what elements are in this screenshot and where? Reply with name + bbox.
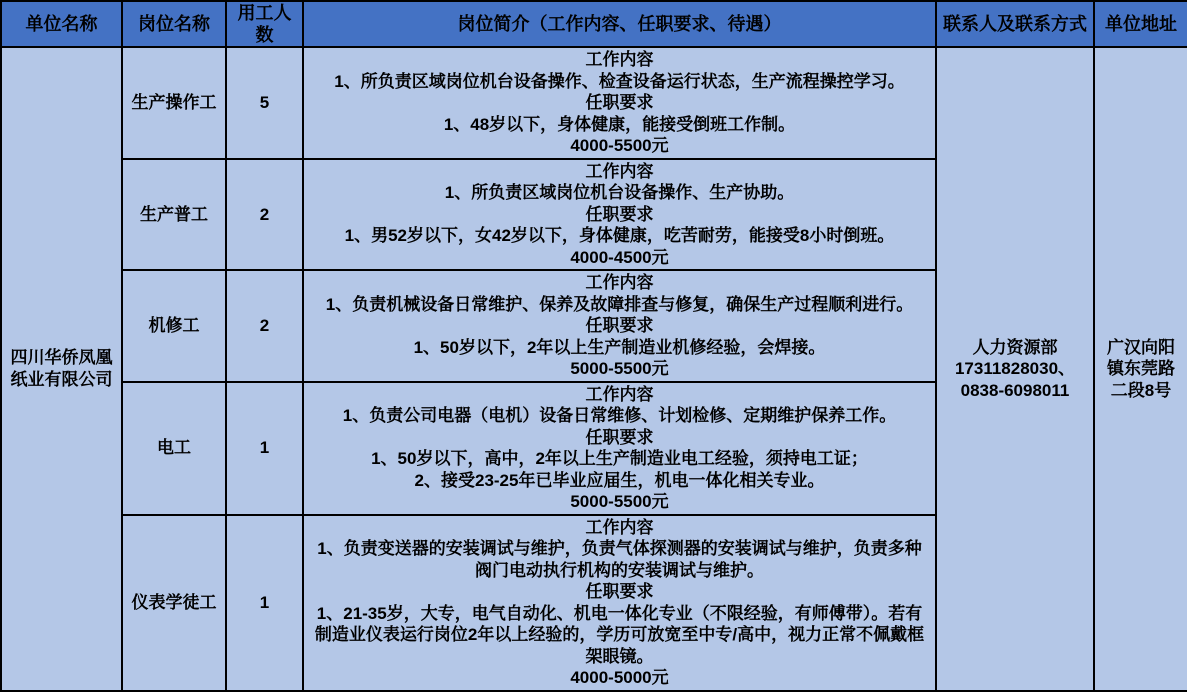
header-headcount: 用工人数 xyxy=(226,1,303,47)
contact-cell: 人力资源部 17311828030、 0838-6098011 xyxy=(936,47,1094,691)
header-company-name: 单位名称 xyxy=(1,1,122,47)
job-listings-table: 单位名称 岗位名称 用工人数 岗位简介（工作内容、任职要求、待遇） 联系人及联系… xyxy=(0,0,1187,692)
header-job-description: 岗位简介（工作内容、任职要求、待遇） xyxy=(303,1,936,47)
position-cell: 机修工 xyxy=(122,270,226,382)
headcount-cell: 2 xyxy=(226,159,303,271)
position-cell: 仪表学徒工 xyxy=(122,515,226,691)
address-cell: 广汉向阳 镇东莞路 二段8号 xyxy=(1094,47,1187,691)
table-row: 四川华侨凤凰 纸业有限公司 生产操作工 5 工作内容 1、所负责区域岗位机台设备… xyxy=(1,47,1187,159)
company-name-cell: 四川华侨凤凰 纸业有限公司 xyxy=(1,47,122,691)
header-position-name: 岗位名称 xyxy=(122,1,226,47)
header-contact: 联系人及联系方式 xyxy=(936,1,1094,47)
headcount-cell: 1 xyxy=(226,382,303,515)
job-description-cell: 工作内容 1、负责变送器的安装调试与维护，负责气体探测器的安装调试与维护，负责多… xyxy=(303,515,936,691)
job-description-cell: 工作内容 1、所负责区域岗位机台设备操作、生产协助。 任职要求 1、男52岁以下… xyxy=(303,159,936,271)
headcount-cell: 2 xyxy=(226,270,303,382)
header-address: 单位地址 xyxy=(1094,1,1187,47)
table-header-row: 单位名称 岗位名称 用工人数 岗位简介（工作内容、任职要求、待遇） 联系人及联系… xyxy=(1,1,1187,47)
job-description-cell: 工作内容 1、负责机械设备日常维护、保养及故障排查与修复，确保生产过程顺利进行。… xyxy=(303,270,936,382)
job-description-cell: 工作内容 1、负责公司电器（电机）设备日常维修、计划检修、定期维护保养工作。 任… xyxy=(303,382,936,515)
headcount-cell: 1 xyxy=(226,515,303,691)
job-description-cell: 工作内容 1、所负责区域岗位机台设备操作、检查设备运行状态，生产流程操控学习。 … xyxy=(303,47,936,159)
position-cell: 生产操作工 xyxy=(122,47,226,159)
position-cell: 电工 xyxy=(122,382,226,515)
position-cell: 生产普工 xyxy=(122,159,226,271)
headcount-cell: 5 xyxy=(226,47,303,159)
